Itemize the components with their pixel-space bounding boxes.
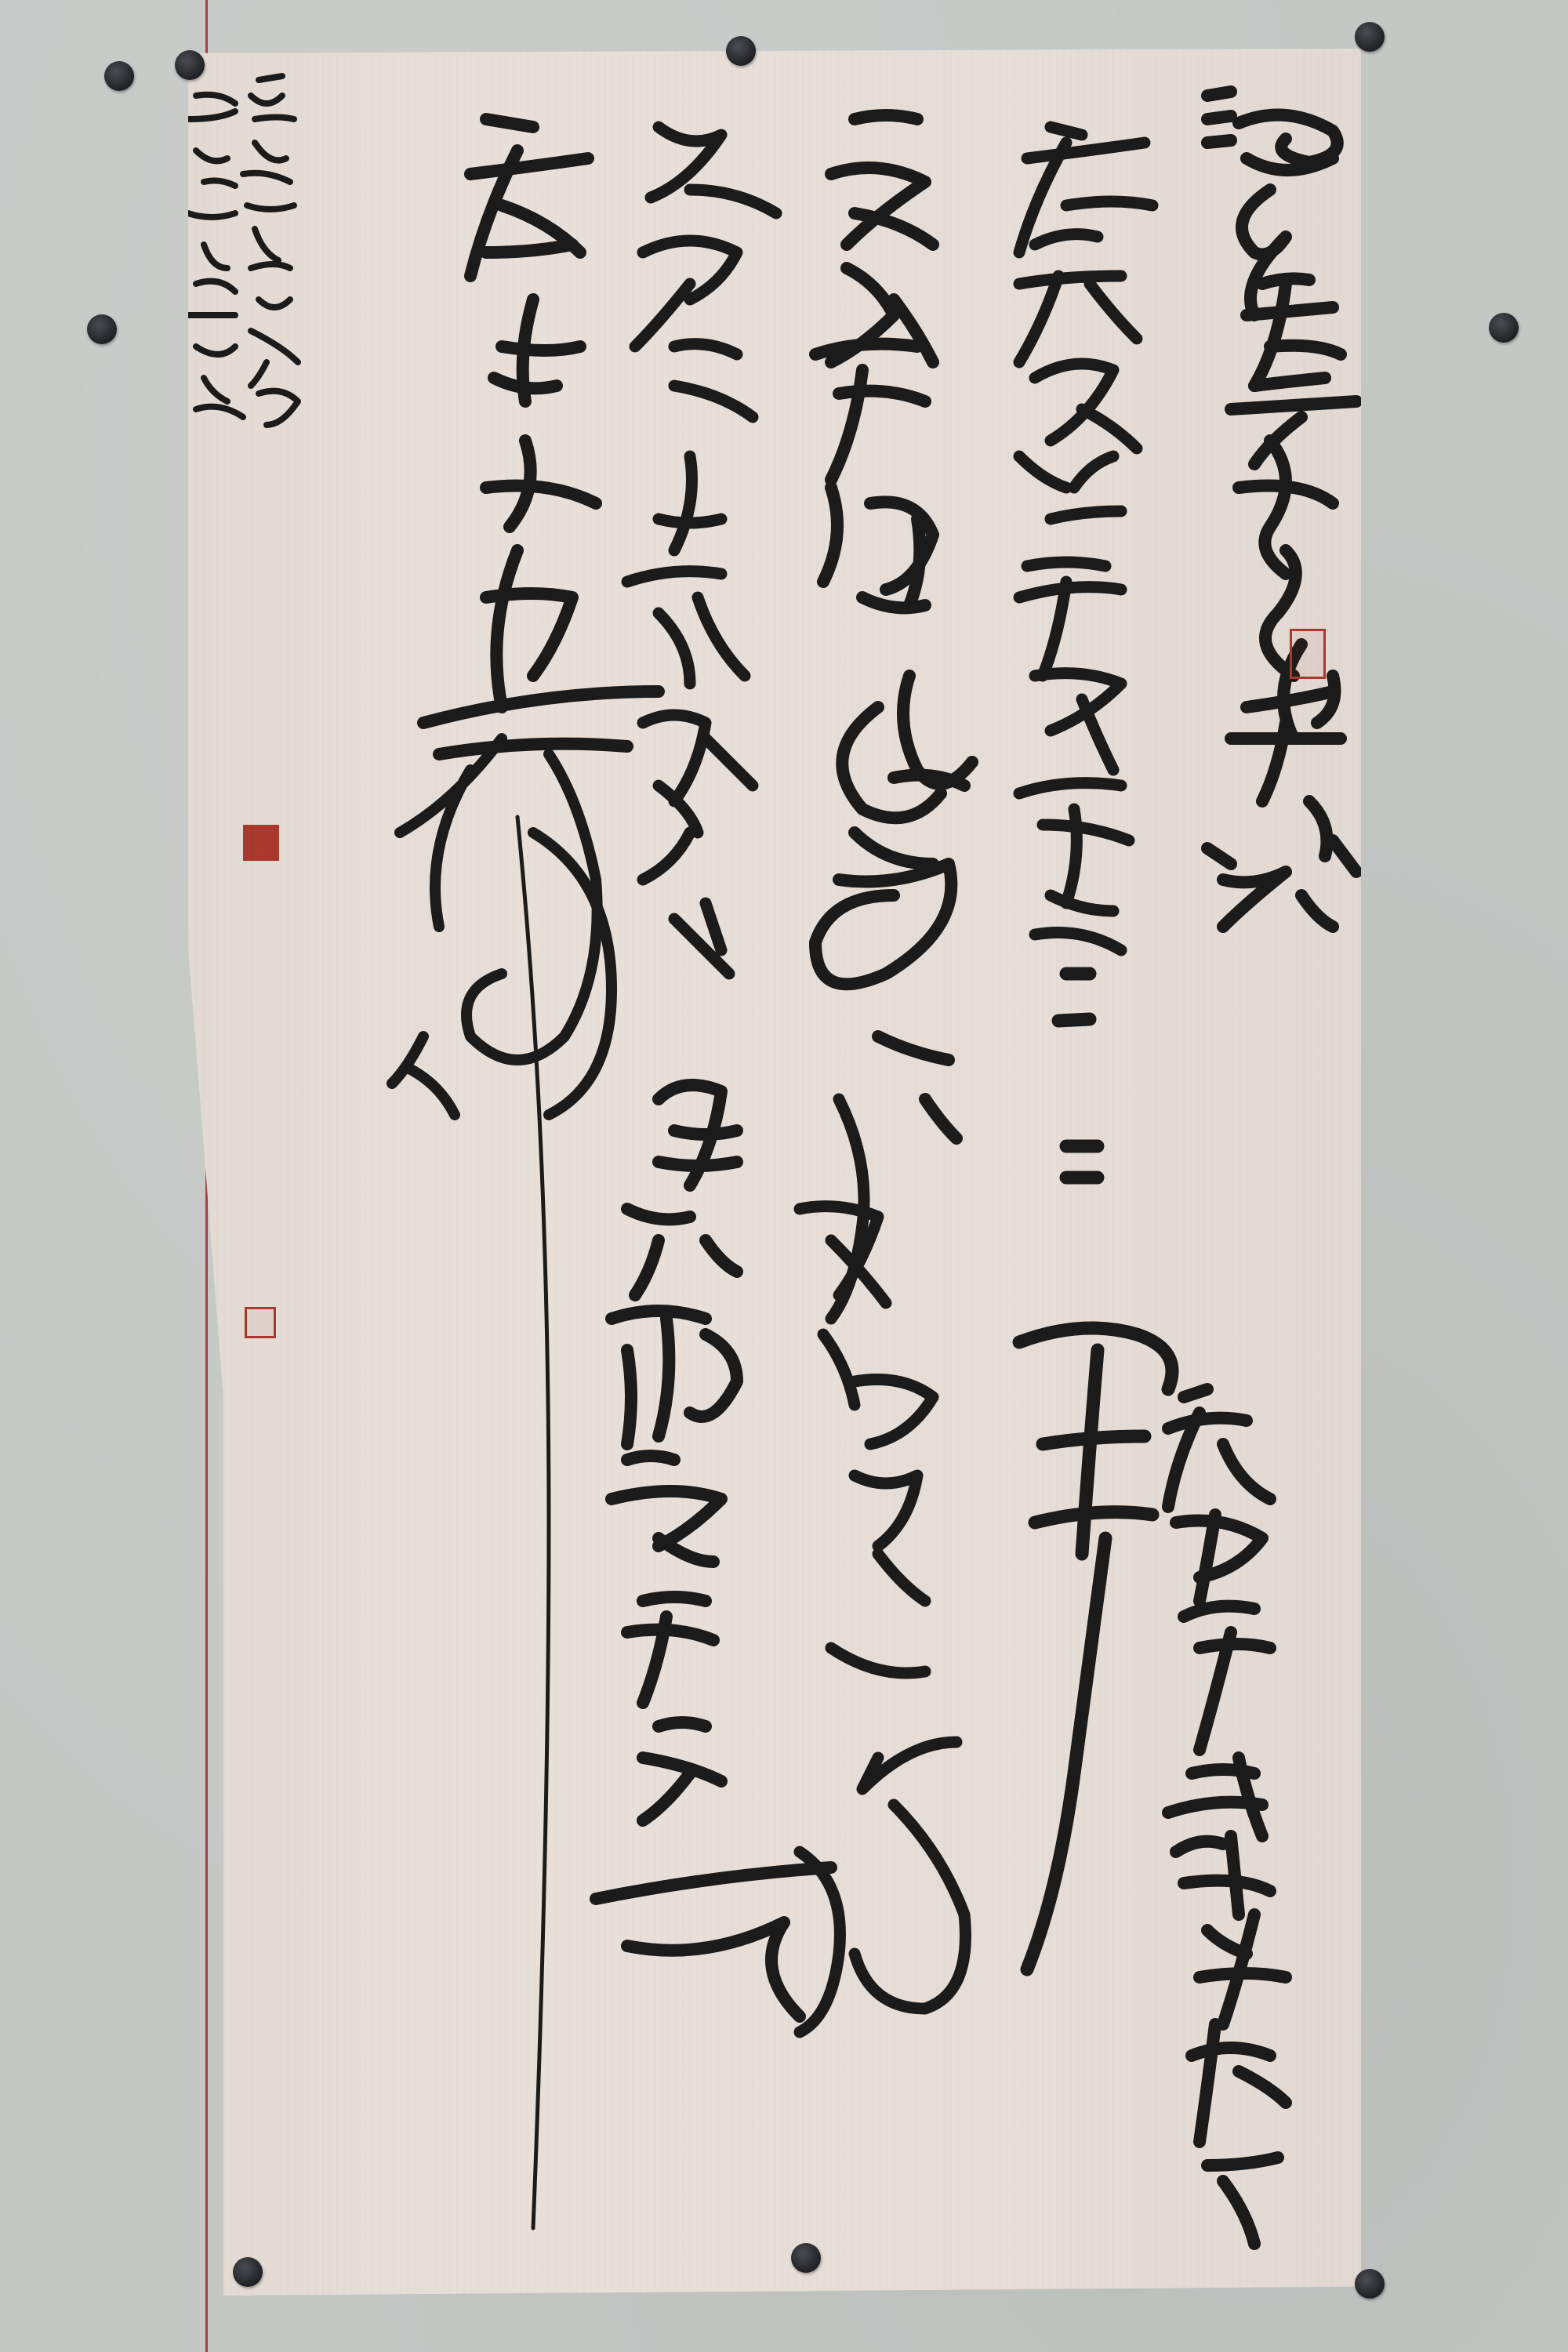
seal-inscription bbox=[243, 825, 279, 861]
magnet-icon bbox=[175, 50, 205, 80]
magnet-icon bbox=[726, 36, 756, 66]
column-3-lower bbox=[800, 1099, 965, 2032]
magnet-icon bbox=[233, 2257, 263, 2287]
magnet-icon bbox=[1355, 22, 1385, 52]
column-4 bbox=[627, 127, 776, 974]
column-5-lower bbox=[392, 739, 612, 2228]
column-5 bbox=[423, 119, 659, 754]
inscription bbox=[188, 76, 298, 425]
seal-left-margin bbox=[245, 1307, 276, 1338]
column-1 bbox=[1207, 92, 1356, 927]
calligraphy-ink bbox=[188, 49, 1361, 2296]
magnet-icon bbox=[1489, 313, 1519, 343]
column-4-lower bbox=[596, 1085, 831, 2016]
magnet-icon bbox=[1355, 2269, 1385, 2299]
column-3 bbox=[815, 115, 972, 1138]
column-1-lower bbox=[1168, 1389, 1286, 2244]
column-2-lower bbox=[1019, 974, 1172, 1969]
calligraphy-scroll bbox=[188, 49, 1361, 2296]
magnet-icon bbox=[104, 61, 134, 91]
magnet-icon bbox=[87, 314, 117, 344]
magnet-icon bbox=[791, 2243, 821, 2273]
seal-right-column bbox=[1290, 629, 1326, 679]
column-2 bbox=[1019, 127, 1152, 950]
